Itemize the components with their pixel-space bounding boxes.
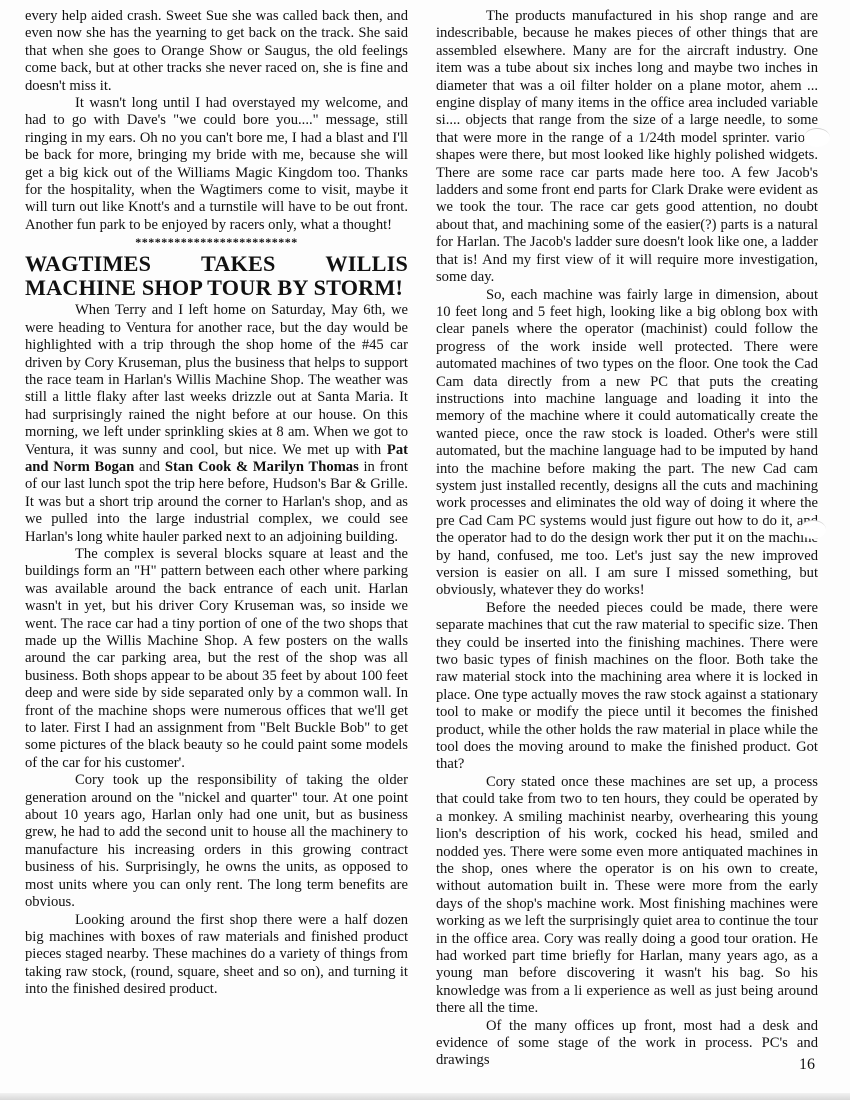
article-paragraph: The products manufactured in his shop ra…	[436, 8, 818, 287]
article-paragraph: The complex is several blocks square at …	[25, 546, 408, 772]
section-separator: *************************	[25, 235, 408, 249]
article-paragraph: So, each machine was fairly large in dim…	[436, 287, 818, 600]
scan-artifact	[804, 128, 830, 147]
newsletter-page: every help aided crash. Sweet Sue she wa…	[0, 0, 850, 1100]
article-paragraph: Before the needed pieces could be made, …	[436, 600, 818, 774]
article-paragraph: Cory took up the responsibility of takin…	[25, 772, 408, 911]
article-continuation-paragraph: every help aided crash. Sweet Sue she wa…	[25, 8, 408, 95]
page-bottom-edge	[0, 1093, 850, 1100]
page-number: 16	[799, 1056, 815, 1074]
text-run: and	[134, 459, 165, 475]
left-column: every help aided crash. Sweet Sue she wa…	[25, 8, 408, 999]
article-paragraph-intro: When Terry and I left home on Saturday, …	[25, 302, 408, 546]
scan-artifact	[800, 520, 826, 539]
article-paragraph: Looking around the first shop there were…	[25, 912, 408, 999]
article-headline: WAGTIMES TAKES WILLIS MACHINE SHOP TOUR …	[25, 252, 408, 300]
text-run: When Terry and I left home on Saturday, …	[25, 302, 408, 457]
right-column: The products manufactured in his shop ra…	[436, 8, 818, 1070]
article-paragraph: Of the many offices up front, most had a…	[436, 1018, 818, 1070]
bold-person-names: Stan Cook & Marilyn Thomas	[165, 459, 359, 475]
article-paragraph: Cory stated once these machines are set …	[436, 774, 818, 1018]
article-closing-paragraph: It wasn't long until I had overstayed my…	[25, 95, 408, 234]
